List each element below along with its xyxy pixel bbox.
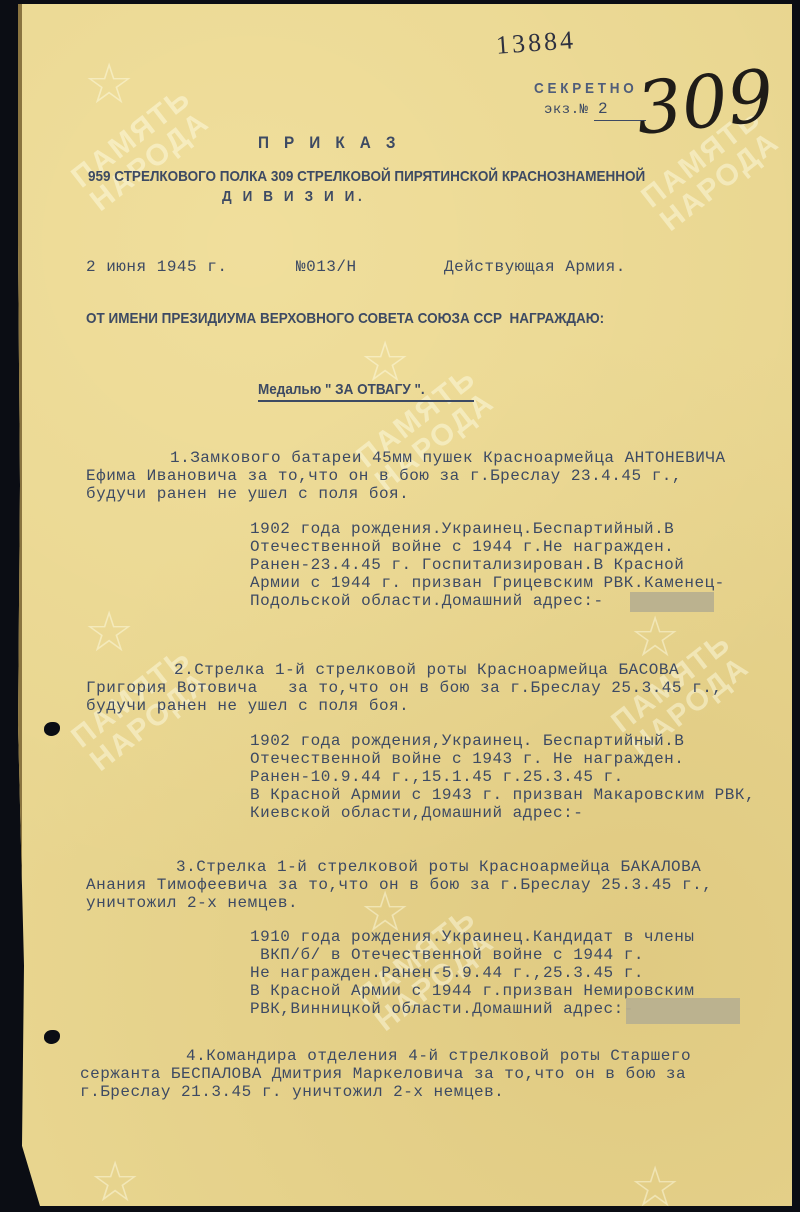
- secrecy-stamp: С Е К Р Е Т Н О: [534, 80, 634, 97]
- redacted-address: [630, 592, 714, 612]
- order-subtitle-line2: Д И В И З И И.: [222, 188, 365, 205]
- handwritten-number: 309: [632, 53, 777, 151]
- order-location: Действующая Армия.: [444, 258, 626, 276]
- binding-strip: [18, 4, 22, 1206]
- copy-number: 2: [598, 100, 608, 118]
- copy-label: экз.№: [544, 102, 589, 118]
- archive-number-stamp: 13884: [495, 25, 577, 61]
- order-subtitle-line1: 959 СТРЕЛКОВОГО ПОЛКА 309 СТРЕЛКОВОЙ ПИР…: [88, 168, 645, 185]
- redacted-address: [626, 998, 740, 1024]
- order-title: П Р И К А З: [258, 133, 401, 153]
- award-underline: [258, 400, 474, 402]
- award-name: Медалью " ЗА ОТВАГУ ".: [258, 381, 425, 398]
- order-date: 2 июня 1945 г.: [86, 258, 227, 276]
- order-number: №013/Н: [296, 258, 357, 276]
- preamble: ОТ ИМЕНИ ПРЕЗИДИУМА ВЕРХОВНОГО СОВЕТА СО…: [86, 310, 604, 327]
